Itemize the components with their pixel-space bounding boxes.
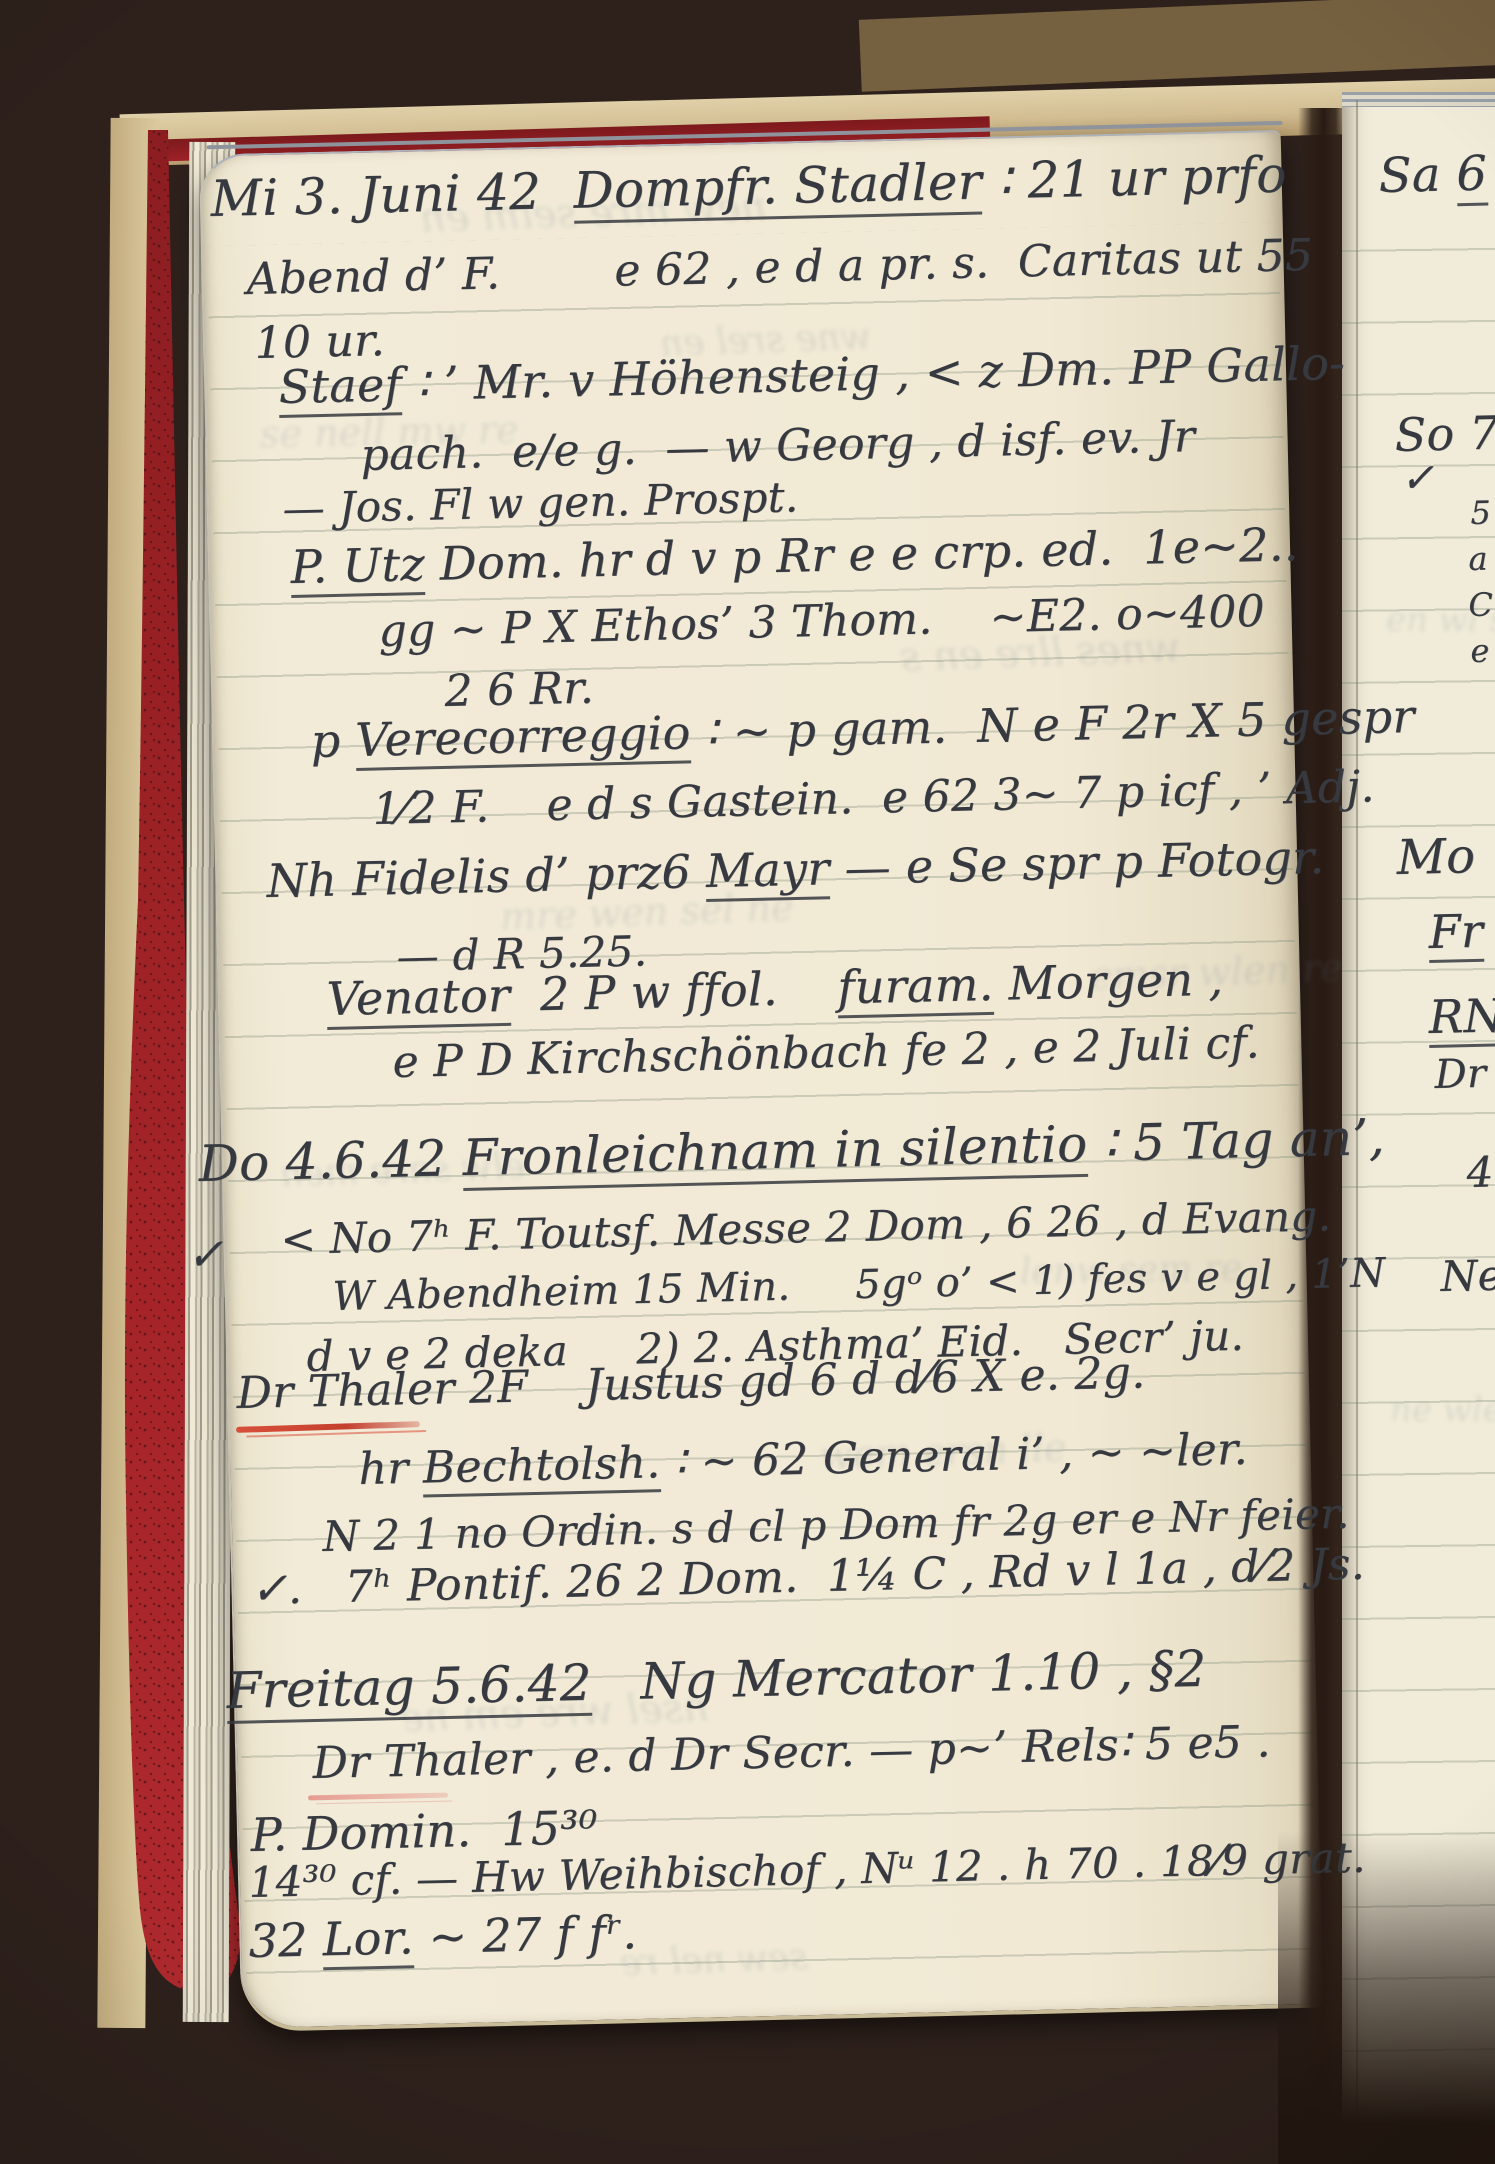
right-page-fragment: So 7. xyxy=(1394,405,1495,462)
diary-text-underlined: P. Utz xyxy=(290,537,425,598)
diary-text-underlined: Mayr xyxy=(705,841,830,902)
right-page-fragment: RN xyxy=(1428,988,1495,1044)
diary-text-underlined: furam. xyxy=(837,957,994,1019)
diary-text: C xyxy=(1468,585,1494,624)
diary-text-underlined: 6 xyxy=(1456,146,1488,207)
book-spine-top-edge xyxy=(859,0,1495,92)
right-page-fragment: C xyxy=(1468,585,1494,624)
diary-text: ~ 27 f fʳ. xyxy=(413,1905,638,1964)
diary-text: Sa xyxy=(1378,146,1457,204)
diary-text: 32 xyxy=(248,1912,323,1968)
diary-text-underlined: Venator xyxy=(326,968,511,1030)
diary-text-underlined: RN xyxy=(1428,988,1495,1048)
diary-text: Do 4.6.42 xyxy=(198,1129,463,1193)
right-page-fragment: a xyxy=(1468,540,1488,578)
diary-text: Mi 3. Juni 42 xyxy=(210,162,574,228)
right-page-fragment: Mo xyxy=(1396,828,1476,886)
right-page-fragment: 4 xyxy=(1466,1147,1494,1197)
right-page-fragment: Ne xyxy=(1440,1251,1495,1301)
right-page-fragment: Sa 6 xyxy=(1378,146,1488,204)
diary-text: p xyxy=(310,713,356,768)
diary-text: Ne xyxy=(1440,1251,1495,1301)
diary-text-underlined: Staef xyxy=(278,357,402,418)
diary-text: e xyxy=(1470,632,1490,670)
right-page-fragment: Dr xyxy=(1434,1051,1487,1098)
notebook-photo: new mre selm en se nell mw re wnes llre … xyxy=(0,0,1495,2164)
diary-text-underlined: Fr xyxy=(1428,904,1484,963)
right-page-fragment: 5 xyxy=(1470,494,1492,532)
right-page-fragment: e xyxy=(1470,632,1490,670)
diary-text: ✓ xyxy=(1400,455,1435,502)
diary-text: ∶ 21 ur prfo xyxy=(981,146,1287,211)
diary-text-underlined: Lor. xyxy=(322,1910,414,1970)
right-page-fragment: Fr xyxy=(1428,904,1484,959)
bleedthrough-text: ne wle sr xyxy=(1390,1390,1495,1430)
diary-text: a xyxy=(1468,540,1488,578)
diary-text: Nh Fidelis d’ prz6 xyxy=(266,844,707,908)
diary-text: 2 P w ffol. xyxy=(509,960,838,1021)
diary-text: 5 xyxy=(1470,494,1492,532)
diary-text: ∶ 5 Tag an’, xyxy=(1087,1108,1386,1173)
diary-text: 4 xyxy=(1466,1147,1494,1197)
diary-text: — e Se spr p Fotogr. xyxy=(829,830,1325,895)
diary-text-underlined: Dompfr. Stadler xyxy=(573,152,983,223)
diary-text-underlined: Bechtolsh. xyxy=(422,1437,661,1497)
checkmark: ✓ xyxy=(1400,455,1435,502)
bleedthrough-text: sew nel re xyxy=(619,1937,808,1985)
diary-text: Mo xyxy=(1396,828,1476,886)
diary-text: hr xyxy=(358,1443,423,1495)
checkmark: ✓ xyxy=(186,1229,224,1281)
diary-line: 32 Lor. ~ 27 f fʳ. xyxy=(248,1905,638,1968)
bottom-shadow xyxy=(1278,1830,1495,2164)
diary-text: Dr xyxy=(1434,1051,1487,1098)
diary-text-underlined: Verecorreggio xyxy=(355,705,692,771)
diary-text: So 7. xyxy=(1394,405,1495,462)
diary-text-underlined: Freitag 5.6.42 xyxy=(226,1654,593,1724)
diary-text: Morgen , xyxy=(993,952,1224,1011)
